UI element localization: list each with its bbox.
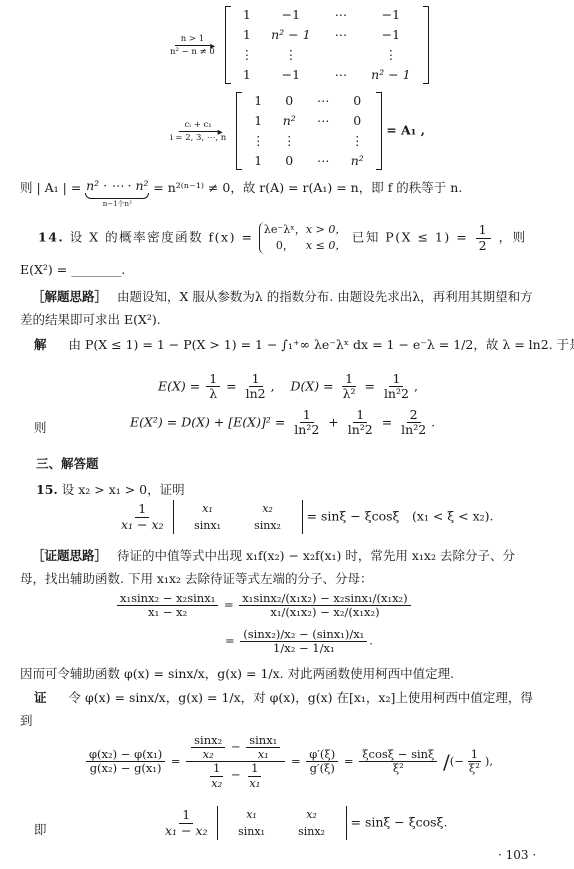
hint-14-line1: ［解题思路］ 由题设知，X 服从参数为λ 的指数分布. 由题设先求出λ，再利用其… — [32, 287, 533, 305]
matrix-step-1: n > 1 n² − n ≠ 0 1−1⋯−1 1n² − 1⋯−1 ⋮⋮⋮ 1… — [170, 6, 429, 84]
col-op-arrow: cᵢ + c₁ i = 2, 3, ⋯, n — [170, 120, 226, 143]
solution-14-then-label: 则 — [34, 418, 47, 436]
hint-15-line2: 母，找出辅助函数. 下用 x₁x₂ 去除待证等式左端的分子、分母： — [20, 569, 373, 587]
proof-15-line1: 证 令 φ(x) = sinx/x，g(x) = 1/x，对 φ(x)，g(x)… — [34, 688, 533, 706]
solution-14-ex-dx: E(X) = 1λ = 1ln2, D(X) = 1λ² = 1ln²2, — [158, 372, 418, 402]
determinant: x₁x₂ sinx₁sinx₂ — [173, 500, 303, 534]
hint-14-line2: 差的结果即可求出 E(X²). — [20, 310, 161, 328]
problem-14: 14. 设 X 的概率密度函数 f(x) = λe⁻λˣ，x > 0， 0，x … — [38, 222, 527, 254]
determinant: x₁x₂ sinx₁sinx₂ — [217, 806, 347, 840]
row-op-arrow: n > 1 n² − n ≠ 0 — [170, 34, 215, 57]
problem-15-equation: 1x₁ − x₂ x₁x₂ sinx₁sinx₂ = sinξ − ξcosξ … — [116, 500, 494, 534]
proof-15-final: 1x₁ − x₂ x₁x₂ sinx₁sinx₂ = sinξ − ξcosξ. — [160, 806, 447, 840]
section-heading: 三、解答题 — [36, 454, 99, 472]
page-number: · 103 · — [498, 848, 536, 862]
proof-15-line2: 到 — [20, 711, 33, 729]
proof-15-then-label: 即 — [34, 820, 47, 838]
hint-15-line3: 因而可令辅助函数 φ(x) = sinx/x，g(x) = 1/x. 对此两函数… — [20, 664, 454, 682]
determinant-line: 则 | A₁ | = n² · ⋯ · n² n−1个n² = n²⁽ⁿ⁻¹⁾ … — [20, 178, 462, 209]
hint-15-eq2: = (sinx₂)/x₂ − (sinx₁)/x₁1/x₂ − 1/x₁. — [225, 628, 373, 655]
matrix-step-2: cᵢ + c₁ i = 2, 3, ⋯, n 10⋯0 1n²⋯0 ⋮⋮⋮ 10… — [170, 92, 425, 170]
matrix: 1−1⋯−1 1n² − 1⋯−1 ⋮⋮⋮ 1−1⋯n² − 1 — [225, 6, 429, 84]
solution-14-line1: 解 由 P(X ≤ 1) = 1 − P(X > 1) = 1 − ∫₁⁺∞ λ… — [34, 335, 574, 353]
problem-15: 15. 设 x₂ > x₁ > 0，证明 — [36, 480, 185, 498]
proof-15-cauchy: φ(x₂) − φ(x₁)g(x₂) − g(x₁) = sinx₂x₂ − s… — [84, 734, 493, 790]
hint-15-eq1: x₁sinx₂ − x₂sinx₁x₁ − x₂ = x₁sinx₂/(x₁x₂… — [115, 592, 413, 619]
solution-14-ex2: E(X²) = D(X) + [E(X)]² = 1ln²2 + 1ln²2 =… — [130, 408, 435, 438]
hint-15-line1: ［证题思路］ 待证的中值等式中出现 x₁f(x₂) − x₂f(x₁) 时，常先… — [32, 546, 515, 564]
matrix: 10⋯0 1n²⋯0 ⋮⋮⋮ 10⋯n² — [236, 92, 382, 170]
problem-14-blank: E(X²) = ________. — [20, 262, 125, 277]
